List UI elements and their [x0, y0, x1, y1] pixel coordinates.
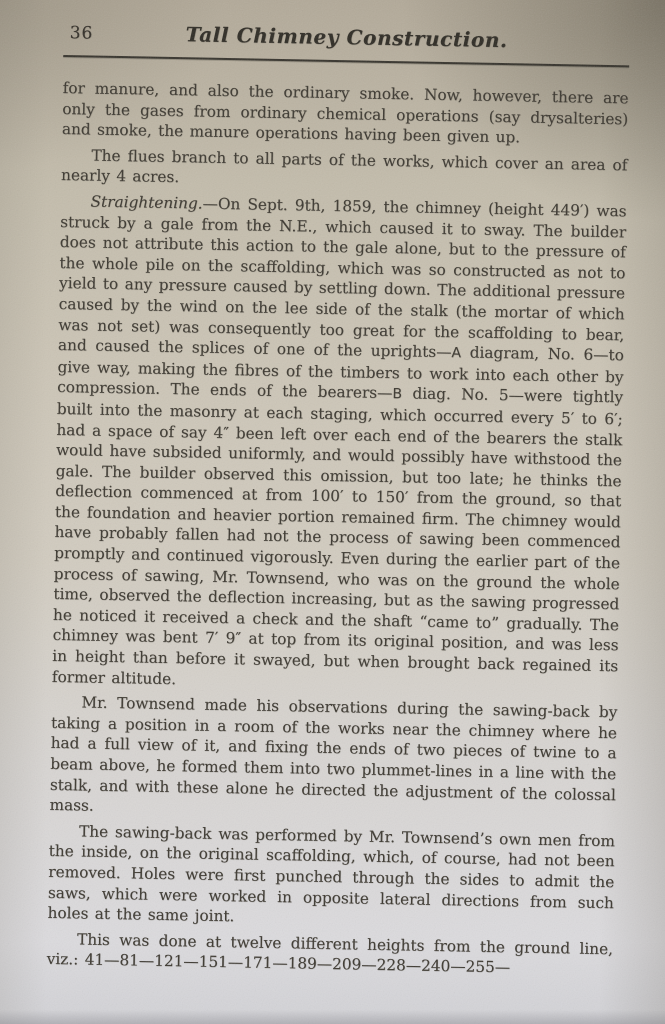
page-content: 36 Tall Chimney Construction. for manure… [46, 16, 629, 985]
text-run: —On Sept. 9th, 1859, the chimney (height… [58, 195, 627, 362]
paragraph: Straightening.—On Sept. 9th, 1859, the c… [52, 191, 627, 698]
text-run: This was done at twelve different height… [47, 930, 614, 977]
text-run: The flues branch to all parts of the wor… [61, 146, 628, 186]
scanned-book-page: { "header": { "page_number": "36", "titl… [0, 0, 665, 1024]
text-run: for manure, and also the ordinary smoke.… [62, 79, 629, 147]
text-run: A [451, 345, 461, 361]
text-run: diag. No. 5—were tightly built into the … [52, 385, 624, 688]
text-run: Mr. Townsend made his observations durin… [49, 694, 617, 815]
page-header: 36 Tall Chimney Construction. [63, 16, 630, 60]
photo-bottom-edge [0, 1010, 665, 1024]
text-run: The sawing-back was performed by Mr. Tow… [47, 822, 615, 925]
paragraph: Mr. Townsend made his observations durin… [49, 692, 617, 826]
text-run: Straightening. [90, 192, 202, 212]
page-title: Tall Chimney Construction. [63, 16, 629, 54]
paragraph: This was done at twelve different height… [47, 929, 614, 981]
paragraph: for manure, and also the ordinary smoke.… [62, 78, 629, 150]
paragraph: The sawing-back was performed by Mr. Tow… [47, 821, 615, 934]
page-body: for manure, and also the ordinary smoke.… [47, 78, 629, 980]
page-number: 36 [70, 23, 94, 43]
text-run: B [392, 386, 402, 402]
paragraph: The flues branch to all parts of the wor… [61, 145, 628, 197]
